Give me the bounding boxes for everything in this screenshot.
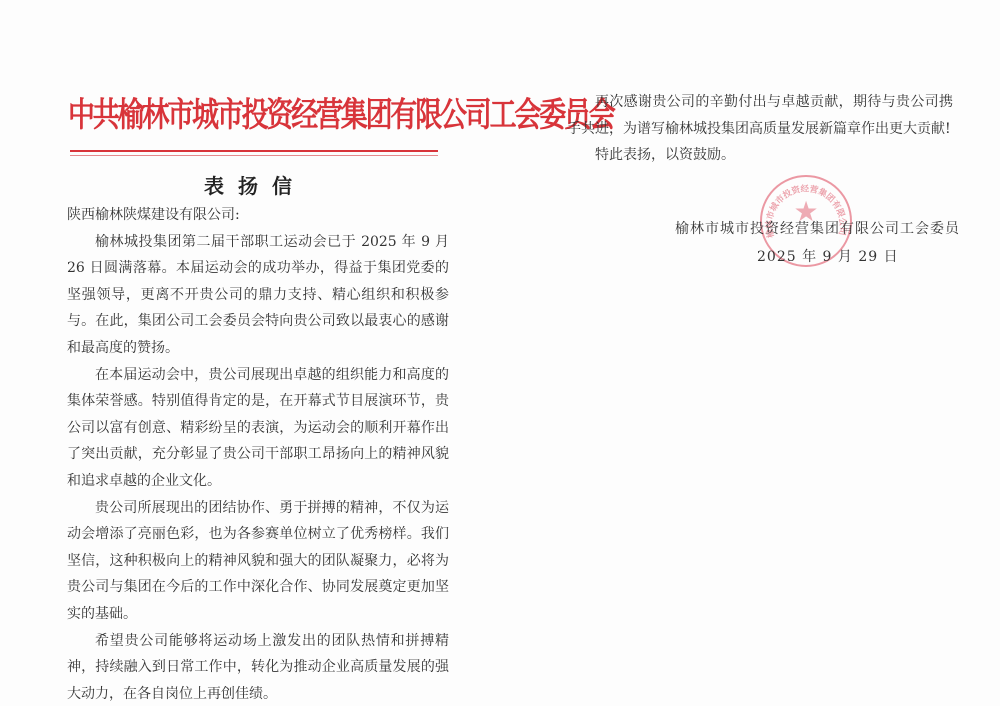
signature: 榆林市城市投资经营集团有限公司工会委员 (675, 218, 960, 238)
letter-body: 陕西榆林陕煤建设有限公司: 榆林城投集团第二届干部职工运动会已于 2025 年 … (67, 202, 449, 706)
closing-paragraph-1: 再次感谢贵公司的辛勤付出与卓越贡献，期待与贵公司携手共进，为谱写榆林城投集团高质… (567, 89, 953, 142)
salutation: 陕西榆林陕煤建设有限公司: (67, 202, 449, 229)
document-title: 表扬信 (60, 170, 450, 199)
paragraph-1: 榆林城投集团第二届干部职工运动会已于 2025 年 9 月 26 日圆满落幕。本… (67, 229, 449, 362)
paragraph-3: 贵公司所展现出的团结协作、勇于拼搏的精神，不仅为运动会增添了亮丽色彩，也为各参赛… (67, 495, 449, 628)
paragraph-2: 在本届运动会中，贵公司展现出卓越的组织能力和高度的集体荣誉感。特别值得肯定的是，… (67, 362, 449, 495)
letter-page-left: 中共榆林市城市投资经营集团有限公司工会委员会 表扬信 陕西榆林陕煤建设有限公司:… (0, 0, 500, 706)
header-rule-thin (70, 155, 438, 156)
closing-paragraph-2: 特此表扬，以资鼓励。 (567, 142, 953, 169)
header-rule-thick (70, 150, 438, 152)
organization-header: 中共榆林市城市投资经营集团有限公司工会委员会 (68, 96, 440, 136)
signature-date: 2025 年 9 月 29 日 (757, 246, 899, 266)
paragraph-4: 希望贵公司能够将运动场上激发出的团队热情和拼搏精神，持续融入到日常工作中，转化为… (67, 628, 449, 706)
letter-closing: 再次感谢贵公司的辛勤付出与卓越贡献，期待与贵公司携手共进，为谱写榆林城投集团高质… (567, 89, 953, 169)
